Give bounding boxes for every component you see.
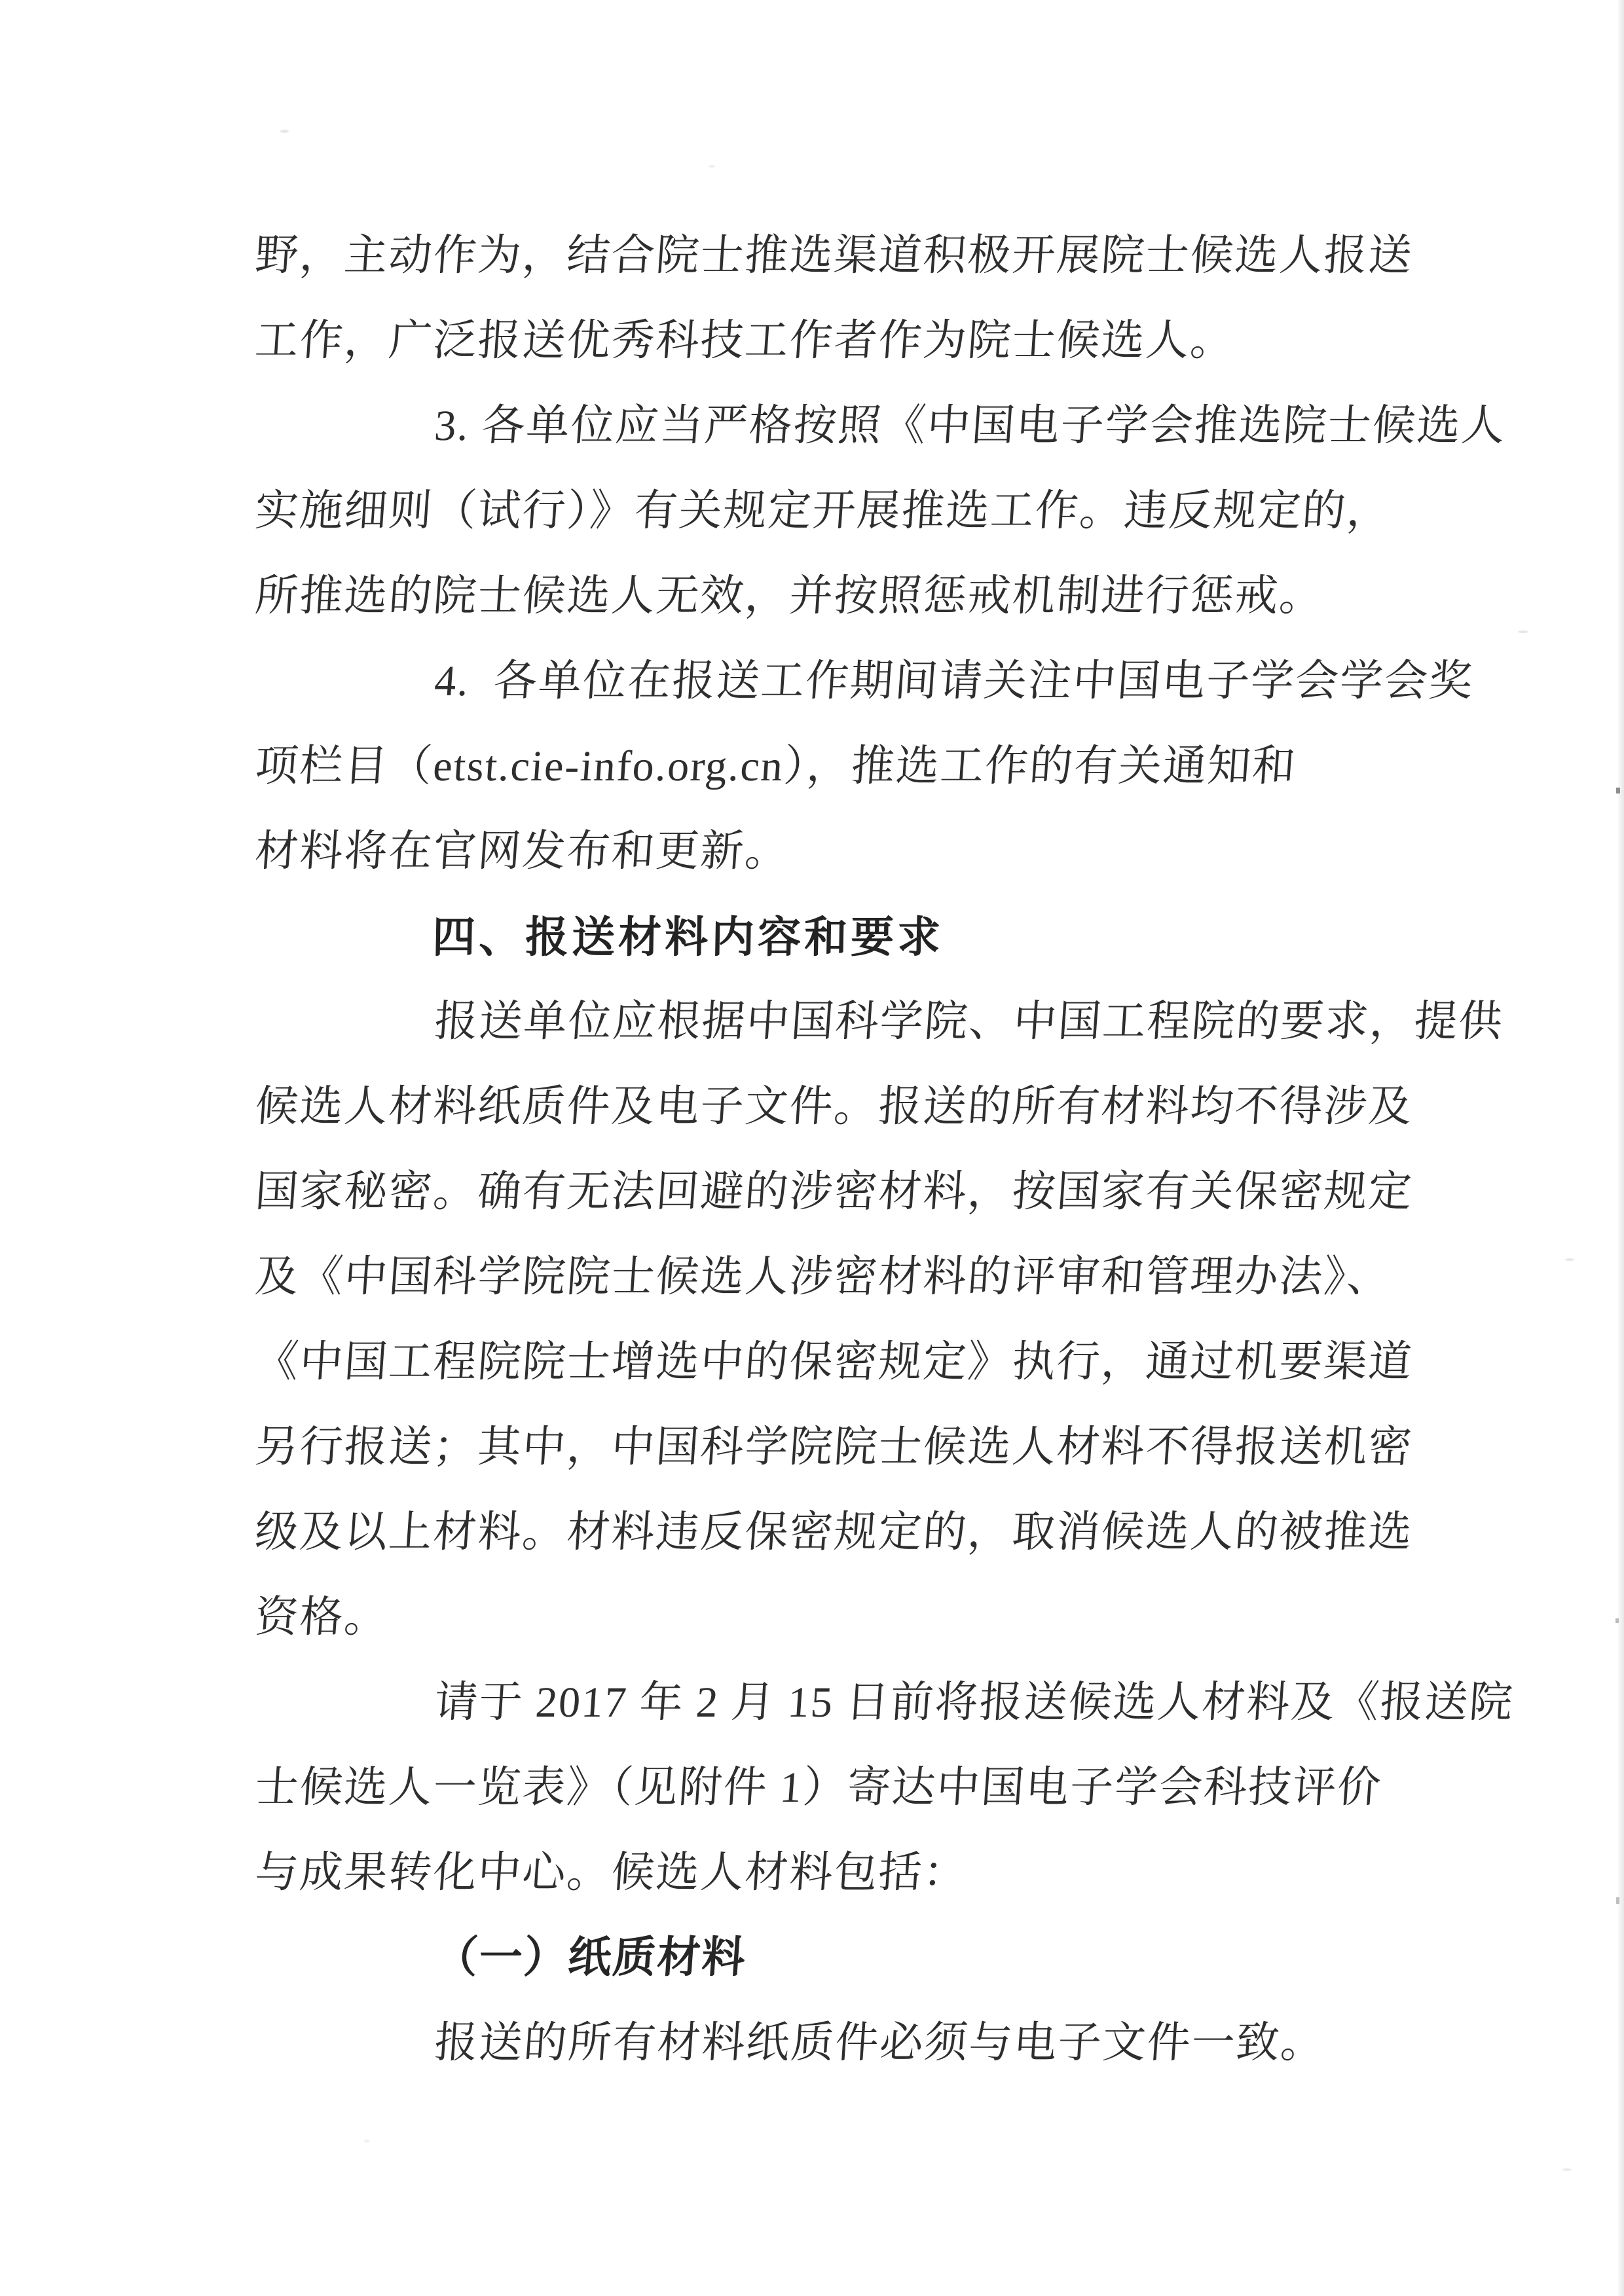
text-line: 项栏目（etst.cie-info.org.cn），推选工作的有关通知和 <box>252 724 1385 809</box>
text-line-content: 级及以上材料。材料违反保密规定的，取消候选人的被推选 <box>252 1490 1416 1575</box>
text-line-content: 资格。 <box>252 1575 392 1660</box>
text-line-content: 《中国工程院院士增选中的保密规定》执行，通过机要渠道 <box>252 1320 1416 1405</box>
scan-speck-artifact <box>1616 1897 1619 1904</box>
scan-speck-artifact <box>1518 630 1528 633</box>
text-line-content: 与成果转化中心。候选人材料包括： <box>252 1831 970 1916</box>
text-line: 级及以上材料。材料违反保密规定的，取消候选人的被推选 <box>252 1490 1385 1575</box>
text-line-content: 材料将在官网发布和更新。 <box>252 809 792 894</box>
text-line-content: 另行报送；其中，中国科学院院士候选人材料不得报送机密 <box>252 1405 1416 1490</box>
scan-speck-artifact <box>280 130 289 133</box>
sub-section-heading: （一）纸质材料 <box>252 1916 1385 2001</box>
text-line: 所推选的院士候选人无效，并按照惩戒机制进行惩戒。 <box>252 554 1385 639</box>
text-line-content: 请于 2017 年 2 月 15 日前将报送候选人材料及《报送院 <box>342 1660 1517 1745</box>
section-heading: 四、报送材料内容和要求 <box>252 894 1385 979</box>
text-line-content: 3. 各单位应当严格按照《中国电子学会推选院士候选人 <box>342 384 1509 469</box>
text-line: 请于 2017 年 2 月 15 日前将报送候选人材料及《报送院 <box>252 1660 1385 1745</box>
sub-section-heading-content: （一）纸质材料 <box>342 1916 749 2001</box>
text-line-content: 4. 各单位在报送工作期间请关注中国电子学会学会奖 <box>342 639 1477 724</box>
text-line: 报送单位应根据中国科学院、中国工程院的要求，提供 <box>252 979 1385 1065</box>
text-line-content: 候选人材料纸质件及电子文件。报送的所有材料均不得涉及 <box>252 1065 1416 1150</box>
text-line: 国家秘密。确有无法回避的涉密材料，按国家有关保密规定 <box>252 1150 1385 1235</box>
text-line: 报送的所有材料纸质件必须与电子文件一致。 <box>252 2001 1385 2086</box>
text-line-content: 及《中国科学院院士候选人涉密材料的评审和管理办法》、 <box>252 1235 1394 1320</box>
text-line: 实施细则（试行）》有关规定开展推选工作。违反规定的， <box>252 469 1385 554</box>
scan-speck-artifact <box>1562 2168 1572 2171</box>
text-line-content: 工作，广泛报送优秀科技工作者作为院士候选人。 <box>252 299 1238 384</box>
scan-speck-artifact <box>709 165 715 168</box>
text-line: 士候选人一览表》（见附件 1）寄达中国电子学会科技评价 <box>252 1745 1385 1831</box>
text-line: 《中国工程院院士增选中的保密规定》执行，通过机要渠道 <box>252 1320 1385 1405</box>
text-line-content: 所推选的院士候选人无效，并按照惩戒机制进行惩戒。 <box>252 554 1327 639</box>
scan-speck-artifact <box>1615 1618 1619 1623</box>
text-line-content: 士候选人一览表》（见附件 1）寄达中国电子学会科技评价 <box>252 1745 1385 1831</box>
text-line: 资格。 <box>252 1575 1385 1660</box>
text-line: 另行报送；其中，中国科学院院士候选人材料不得报送机密 <box>252 1405 1385 1490</box>
text-line-content: 报送的所有材料纸质件必须与电子文件一致。 <box>342 2001 1328 2086</box>
scan-edge-artifact <box>1618 0 1624 2296</box>
document-text-block: 野，主动作为，结合院士推选渠道积极开展院士候选人报送 工作，广泛报送优秀科技工作… <box>252 213 1385 2086</box>
text-line-content: 野，主动作为，结合院士推选渠道积极开展院士候选人报送 <box>252 213 1416 299</box>
text-line: 材料将在官网发布和更新。 <box>252 809 1385 894</box>
scanned-document-page: 野，主动作为，结合院士推选渠道积极开展院士候选人报送 工作，广泛报送优秀科技工作… <box>0 0 1624 2296</box>
text-line: 野，主动作为，结合院士推选渠道积极开展院士候选人报送 <box>252 213 1385 299</box>
text-line: 3. 各单位应当严格按照《中国电子学会推选院士候选人 <box>252 384 1385 469</box>
text-line-content: 报送单位应根据中国科学院、中国工程院的要求，提供 <box>342 979 1506 1065</box>
text-line-content: 国家秘密。确有无法回避的涉密材料，按国家有关保密规定 <box>252 1150 1416 1235</box>
text-line: 及《中国科学院院士候选人涉密材料的评审和管理办法》、 <box>252 1235 1385 1320</box>
text-line: 候选人材料纸质件及电子文件。报送的所有材料均不得涉及 <box>252 1065 1385 1150</box>
scan-speck-artifact <box>1616 788 1620 793</box>
scan-speck-artifact <box>1565 1258 1574 1261</box>
text-line: 4. 各单位在报送工作期间请关注中国电子学会学会奖 <box>252 639 1385 724</box>
section-heading-content: 四、报送材料内容和要求 <box>342 894 944 979</box>
scan-speck-artifact <box>364 2140 369 2143</box>
text-line: 工作，广泛报送优秀科技工作者作为院士候选人。 <box>252 299 1385 384</box>
text-line-content: 项栏目（etst.cie-info.org.cn），推选工作的有关通知和 <box>252 724 1300 809</box>
text-line: 与成果转化中心。候选人材料包括： <box>252 1831 1385 1916</box>
text-line-content: 实施细则（试行）》有关规定开展推选工作。违反规定的， <box>252 469 1394 554</box>
